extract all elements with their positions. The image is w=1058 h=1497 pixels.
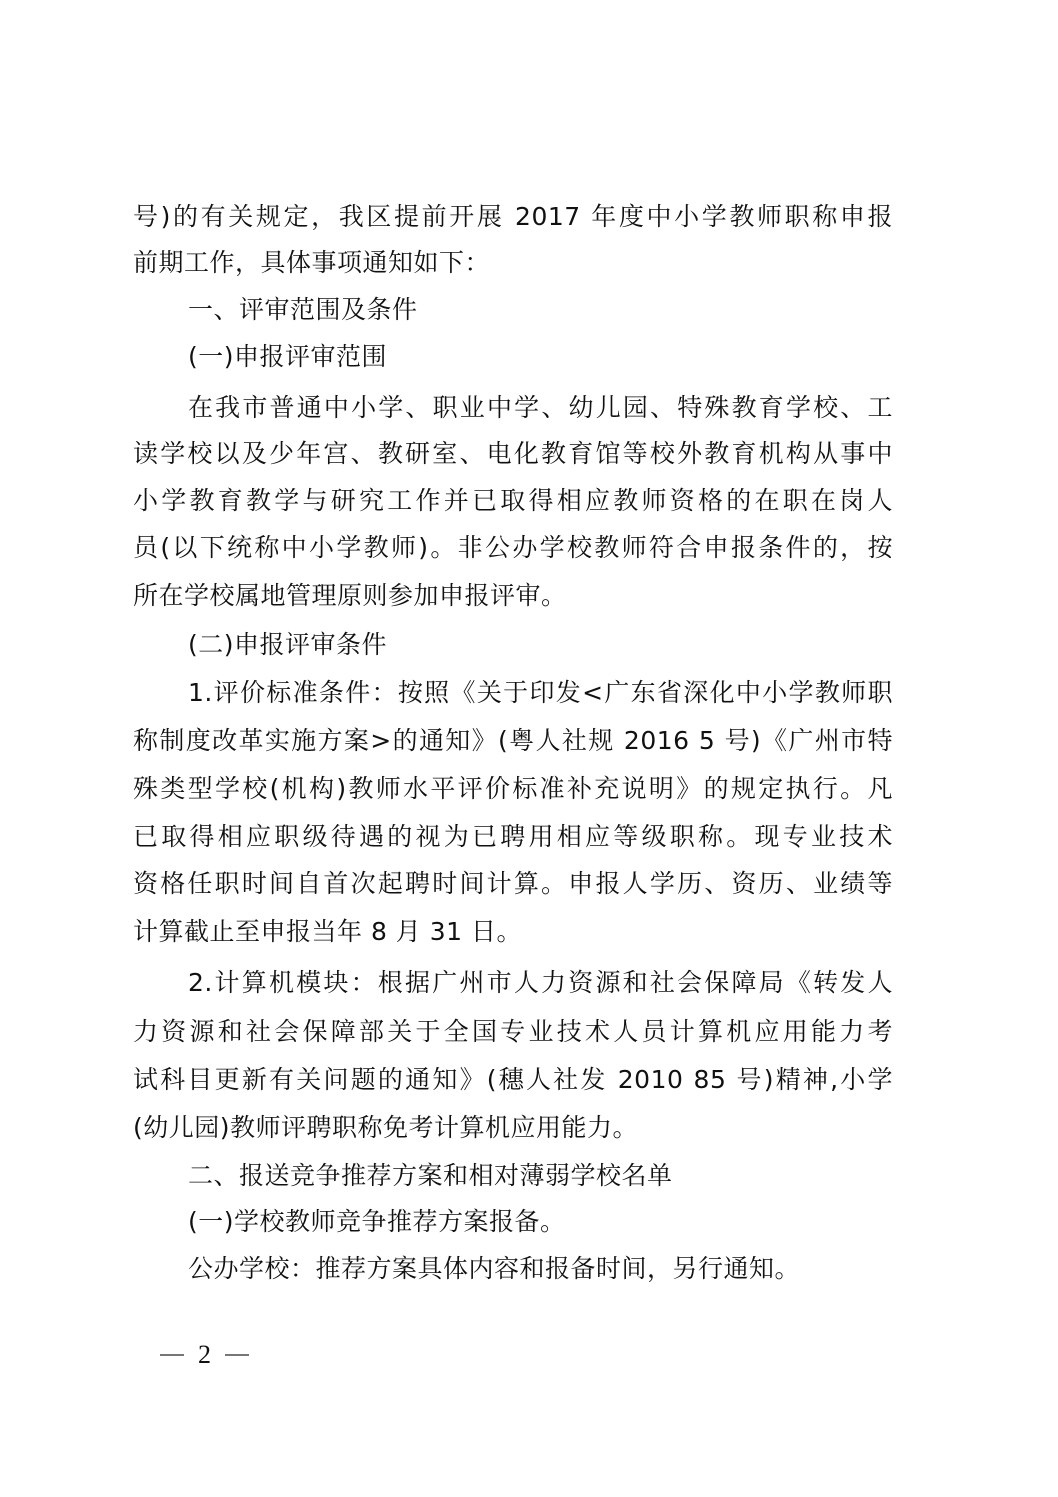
- section-heading: 一、评审范围及条件: [188, 293, 893, 327]
- dash-decoration: [225, 1354, 249, 1356]
- page-number: 2: [160, 1338, 249, 1372]
- body-text-line: 已取得相应职级待遇的视为已聘用相应等级职称。现专业技术: [133, 820, 893, 854]
- body-text-line: 小学教育教学与研究工作并已取得相应教师资格的在职在岗人: [133, 484, 893, 518]
- body-text-line: 读学校以及少年宫、教研室、电化教育馆等校外教育机构从事中: [133, 437, 893, 471]
- body-text-line: 称制度改革实施方案>的通知》(粤人社规 2016 5 号)《广州市特: [133, 724, 893, 758]
- body-text-line: 员(以下统称中小学教师)。非公办学校教师符合申报条件的，按: [133, 531, 893, 565]
- body-text-line: (幼儿园)教师评聘职称免考计算机应用能力。: [133, 1111, 893, 1145]
- body-text-line: 号)的有关规定，我区提前开展 2017 年度中小学教师职称申报: [133, 200, 893, 234]
- body-text-line: 试科目更新有关问题的通知》(穗人社发 2010 85 号)精神,小学: [133, 1063, 893, 1097]
- document-page: 号)的有关规定，我区提前开展 2017 年度中小学教师职称申报 前期工作，具体事…: [0, 0, 1058, 1497]
- body-text-line: 力资源和社会保障部关于全国专业技术人员计算机应用能力考: [133, 1015, 893, 1049]
- page-number-value: 2: [198, 1338, 211, 1372]
- body-text-line: 2.计算机模块：根据广州市人力资源和社会保障局《转发人: [188, 966, 893, 1000]
- dash-decoration: [160, 1354, 184, 1356]
- subsection-heading: (一)学校教师竞争推荐方案报备。: [188, 1205, 893, 1239]
- body-text-line: 计算截止至申报当年 8 月 31 日。: [133, 915, 893, 949]
- subsection-heading: (二)申报评审条件: [188, 628, 893, 662]
- section-heading: 二、报送竞争推荐方案和相对薄弱学校名单: [188, 1159, 893, 1193]
- body-text-line: 前期工作，具体事项通知如下：: [133, 246, 893, 280]
- body-text-line: 在我市普通中小学、职业中学、幼儿园、特殊教育学校、工: [188, 391, 893, 425]
- body-text-line: 殊类型学校(机构)教师水平评价标准补充说明》的规定执行。凡: [133, 772, 893, 806]
- body-text-line: 1.评价标准条件：按照《关于印发<广东省深化中小学教师职: [188, 676, 893, 710]
- subsection-heading: (一)申报评审范围: [188, 340, 893, 374]
- body-text-line: 公办学校：推荐方案具体内容和报备时间，另行通知。: [188, 1252, 893, 1286]
- body-text-line: 所在学校属地管理原则参加申报评审。: [133, 579, 893, 613]
- body-text-line: 资格任职时间自首次起聘时间计算。申报人学历、资历、业绩等: [133, 867, 893, 901]
